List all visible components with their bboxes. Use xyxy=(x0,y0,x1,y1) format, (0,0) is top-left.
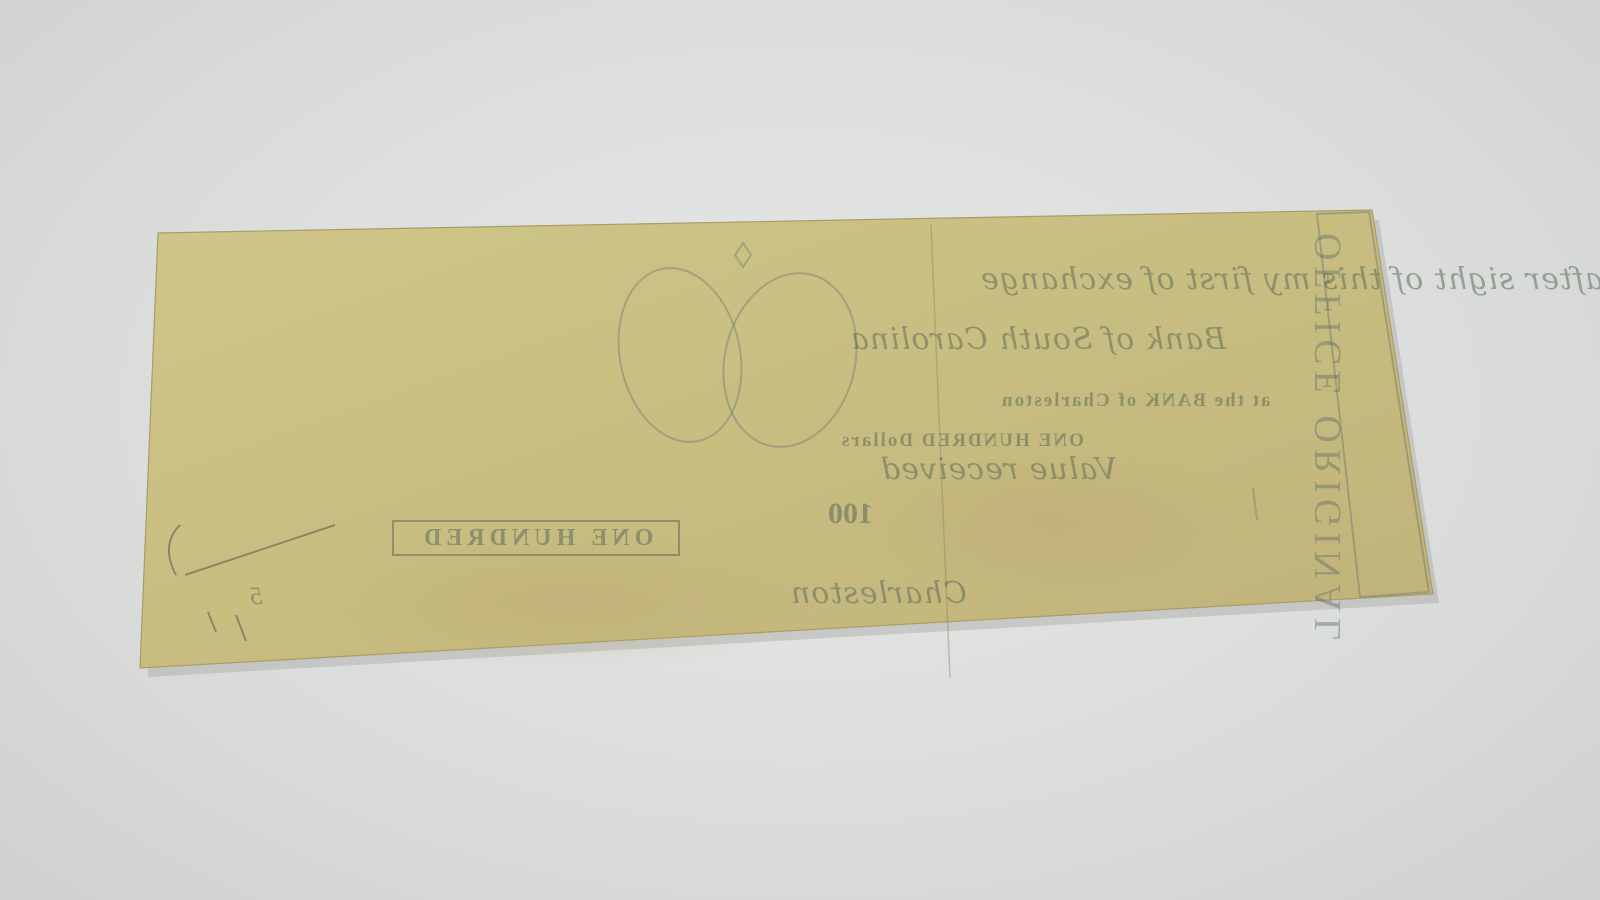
denomination-box: ONE HUNDRED xyxy=(392,520,680,556)
mirrored-text-line: Ninety days after sight of this my first… xyxy=(980,262,1600,297)
mirrored-text-line: Charleston xyxy=(790,576,967,611)
side-panel-label: OFFICE ORIGINAL xyxy=(1306,233,1350,647)
mirrored-text-line: at the BANK of Charleston xyxy=(1000,390,1271,412)
bank-note-photo: Ninety days after sight of this my first… xyxy=(0,0,1600,900)
paper-sheet xyxy=(0,0,1600,900)
mirrored-text-line: Bank of South Carolina xyxy=(850,322,1226,357)
denomination-numeral: 100 xyxy=(828,497,873,531)
mirrored-text-line: Value received xyxy=(880,452,1117,487)
pencil-mark: 5 xyxy=(248,585,263,610)
mirrored-text-line: ONE HUNDRED Dollars xyxy=(840,430,1084,452)
denomination-text: ONE HUNDRED xyxy=(419,525,653,552)
